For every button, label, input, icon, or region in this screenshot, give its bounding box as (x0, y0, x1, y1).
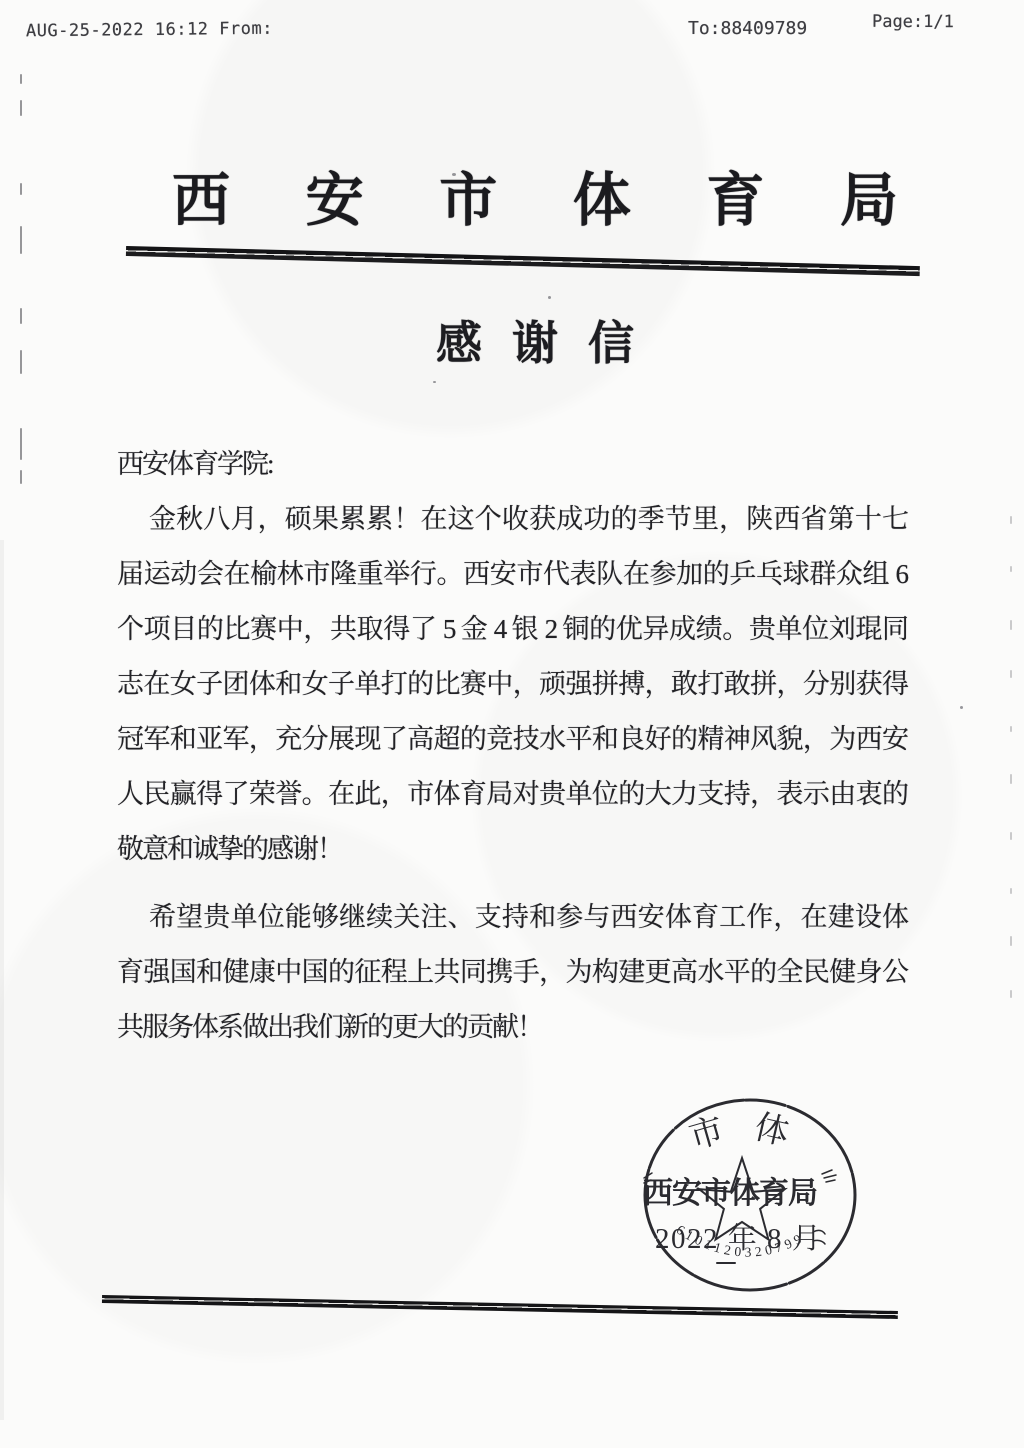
fax-recipient-number: To:88409789 (688, 18, 807, 39)
seal-arc-char-left: 市 (685, 1112, 728, 1157)
letterhead-org-title: 西安市体育局 (172, 172, 898, 230)
official-seal-stamp: 市 体 西安市体育局 2022 年 8 月 6101120320799 (643, 1082, 865, 1294)
scan-artifact (20, 308, 22, 324)
letter-line: 冠军和亚军，充分展现了高超的竞技水平和良好的精神风貌，为西安 (117, 712, 907, 767)
scan-speck (548, 296, 551, 299)
letterhead-char: 局 (840, 172, 898, 230)
scan-artifact (1010, 726, 1012, 732)
scanned-fax-page: { "fax_header": { "sent": "AUG-25-2022 1… (0, 0, 1024, 1448)
letter-body: 西安体育学院: 金秋八月，硕果累累！在这个收获成功的季节里，陕西省第十七届运动会… (117, 437, 907, 1055)
scan-artifact (20, 350, 22, 374)
scan-artifact (1010, 936, 1012, 946)
document-title: 感谢信 (436, 316, 664, 371)
salutation: 西安体育学院: (117, 437, 907, 492)
scan-speck (452, 173, 456, 176)
letter-line: 育强国和健康中国的征程上共同携手，为构建更高水平的全民健身公 (117, 945, 907, 1000)
scan-artifact (1010, 990, 1012, 998)
letterhead-rule (126, 246, 920, 276)
scan-artifact (1010, 832, 1012, 840)
fax-page-count: Page:1/1 (872, 12, 954, 32)
letter-paragraphs: 金秋八月，硕果累累！在这个收获成功的季节里，陕西省第十七届运动会在榆林市隆重举行… (117, 492, 907, 1055)
letter-line: 届运动会在榆林市隆重举行。西安市代表队在参加的乒乓球群众组 6 (117, 547, 907, 602)
scan-artifact (20, 470, 22, 484)
letterhead-char: 市 (439, 172, 497, 230)
seal-noise-right (822, 1170, 836, 1182)
letterhead-char: 西 (172, 172, 230, 230)
letter-line: 希望贵单位能够继续关注、支持和参与西安体育工作，在建设体 (117, 890, 907, 945)
scan-artifact (20, 428, 22, 460)
bottom-rule (102, 1295, 898, 1319)
letter-paragraph: 金秋八月，硕果累累！在这个收获成功的季节里，陕西省第十七届运动会在榆林市隆重举行… (117, 492, 907, 877)
letterhead-char: 安 (306, 172, 364, 230)
scan-artifact (1010, 620, 1012, 630)
scan-artifact (1010, 774, 1012, 784)
scan-artifact (20, 100, 22, 116)
scan-artifact (20, 74, 22, 84)
scan-artifact (20, 226, 22, 254)
scan-artifact (1010, 566, 1012, 572)
letterhead-char: 育 (706, 172, 764, 230)
letter-line: 人民赢得了荣誉。在此，市体育局对贵单位的大力支持，表示由衷的 (117, 767, 907, 822)
letter-line: 金秋八月，硕果累累！在这个收获成功的季节里，陕西省第十七 (117, 492, 907, 547)
seal-arc-char-right: 体 (751, 1108, 793, 1153)
scan-speck (433, 381, 436, 383)
scan-artifact (1010, 670, 1012, 678)
letter-line: 志在女子团体和女子单打的比赛中，顽强拼搏，敢打敢拼，分别获得 (117, 657, 907, 712)
letterhead-char: 体 (573, 172, 631, 230)
letter-line: 共服务体系做出我们新的更大的贡献！ (117, 1000, 907, 1055)
scan-artifact (1010, 516, 1012, 524)
scan-speck (960, 706, 963, 709)
scan-artifact (1010, 888, 1012, 894)
scan-artifact (20, 183, 22, 195)
letter-line: 个项目的比赛中，共取得了 5 金 4 银 2 铜的优异成绩。贵单位刘琨同 (117, 602, 907, 657)
letter-paragraph: 希望贵单位能够继续关注、支持和参与西安体育工作，在建设体育强国和健康中国的征程上… (117, 890, 907, 1055)
seal-org-name: 西安市体育局 (643, 1176, 817, 1210)
letter-line: 敬意和诚挚的感谢！ (117, 822, 907, 877)
fax-timestamp: AUG-25-2022 16:12 From: (26, 19, 273, 42)
scan-edge-shade (0, 540, 4, 1420)
